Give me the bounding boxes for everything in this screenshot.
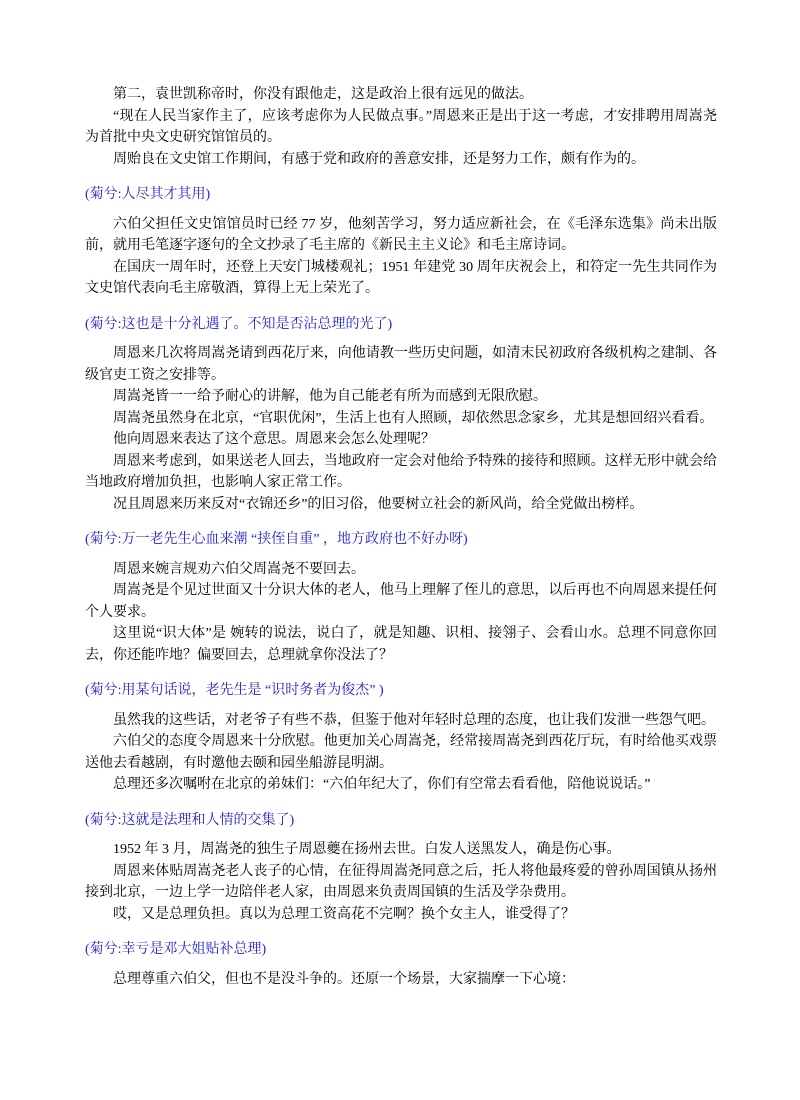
paragraph: 虽然我的这些话，对老爷子有些不恭，但鉴于他对年轻时总理的态度，也让我们发泄一些怨… <box>85 710 717 732</box>
paragraph: 况且周恩来历来反对“衣锦还乡”的旧习俗，他要树立社会的新风尚，给全党做出榜样。 <box>85 494 717 516</box>
paragraph: 周嵩尧皆一一给予耐心的讲解，他为自己能老有所为而感到无限欣慰。 <box>85 386 717 408</box>
paragraph: 总理还多次嘱咐在北京的弟妹们：“六伯年纪大了，你们有空常去看看他，陪他说说话。” <box>85 774 717 796</box>
paragraph: 第二，袁世凯称帝时，你没有跟他走，这是政治上很有远见的做法。 <box>85 84 717 106</box>
paragraph: 周恩来婉言规劝六伯父周嵩尧不要回去。 <box>85 559 717 581</box>
paragraph: 在国庆一周年时，还登上天安门城楼观礼；1951 年建党 30 周年庆祝会上，和符… <box>85 257 717 300</box>
annotation-comment: (菊兮:这也是十分礼遇了。不知是否沾总理的光了) <box>85 314 717 336</box>
paragraph: 这里说“识大体”是 婉转的说法，说白了，就是知趣、识相、接翎子、会看山水。总理不… <box>85 623 717 666</box>
annotation-comment: (菊兮:人尽其才其用) <box>85 184 717 206</box>
annotation-comment: (菊兮:用某句话说，老先生是 “识时务者为俊杰” ) <box>85 680 717 702</box>
paragraph: 总理尊重六伯父，但也不是没斗争的。还原一个场景，大家揣摩一下心境： <box>85 969 717 991</box>
paragraph: 1952 年 3 月，周嵩尧的独生子周恩夔在扬州去世。白发人送黑发人，确是伤心事… <box>85 839 717 861</box>
annotation-comment: (菊兮:万一老先生心血来潮 “挟侄自重” ，地方政府也不好办呀) <box>85 529 717 551</box>
paragraph: “现在人民当家作主了，应该考虑你为人民做点事。”周恩来正是出于这一考虑，才安排聘… <box>85 106 717 149</box>
annotation-comment: (菊兮:幸亏是邓大姐贴补总理) <box>85 939 717 961</box>
paragraph: 周嵩尧虽然身在北京，“官职优闲”，生活上也有人照顾，却依然思念家乡，尤其是想回绍… <box>85 408 717 430</box>
paragraph: 六伯父担任文史馆馆员时已经 77 岁，他刻苦学习，努力适应新社会，在《毛泽东选集… <box>85 214 717 257</box>
paragraph: 周嵩尧是个见过世面又十分识大体的老人，他马上理解了侄儿的意思，以后再也不向周恩来… <box>85 580 717 623</box>
paragraph: 周贻良在文史馆工作期间，有感于党和政府的善意安排，还是努力工作，颇有作为的。 <box>85 149 717 171</box>
annotation-comment: (菊兮:这就是法理和人情的交集了) <box>85 810 717 832</box>
paragraph: 他向周恩来表达了这个意思。周恩来会怎么处理呢？ <box>85 429 717 451</box>
document-page: 第二，袁世凯称帝时，你没有跟他走，这是政治上很有远见的做法。 “现在人民当家作主… <box>0 0 800 990</box>
paragraph: 周恩来考虑到，如果送老人回去，当地政府一定会对他给予特殊的接待和照顾。这样无形中… <box>85 451 717 494</box>
paragraph: 六伯父的态度令周恩来十分欣慰。他更加关心周嵩尧，经常接周嵩尧到西花厅玩，有时给他… <box>85 731 717 774</box>
paragraph: 哎，又是总理负担。真以为总理工资高花不完啊？换个女主人，谁受得了？ <box>85 904 717 926</box>
paragraph: 周恩来几次将周嵩尧请到西花厅来，向他请教一些历史问题，如清末民初政府各级机构之建… <box>85 343 717 386</box>
paragraph: 周恩来体贴周嵩尧老人丧子的心情，在征得周嵩尧同意之后，托人将他最疼爱的曾孙周国镇… <box>85 861 717 904</box>
